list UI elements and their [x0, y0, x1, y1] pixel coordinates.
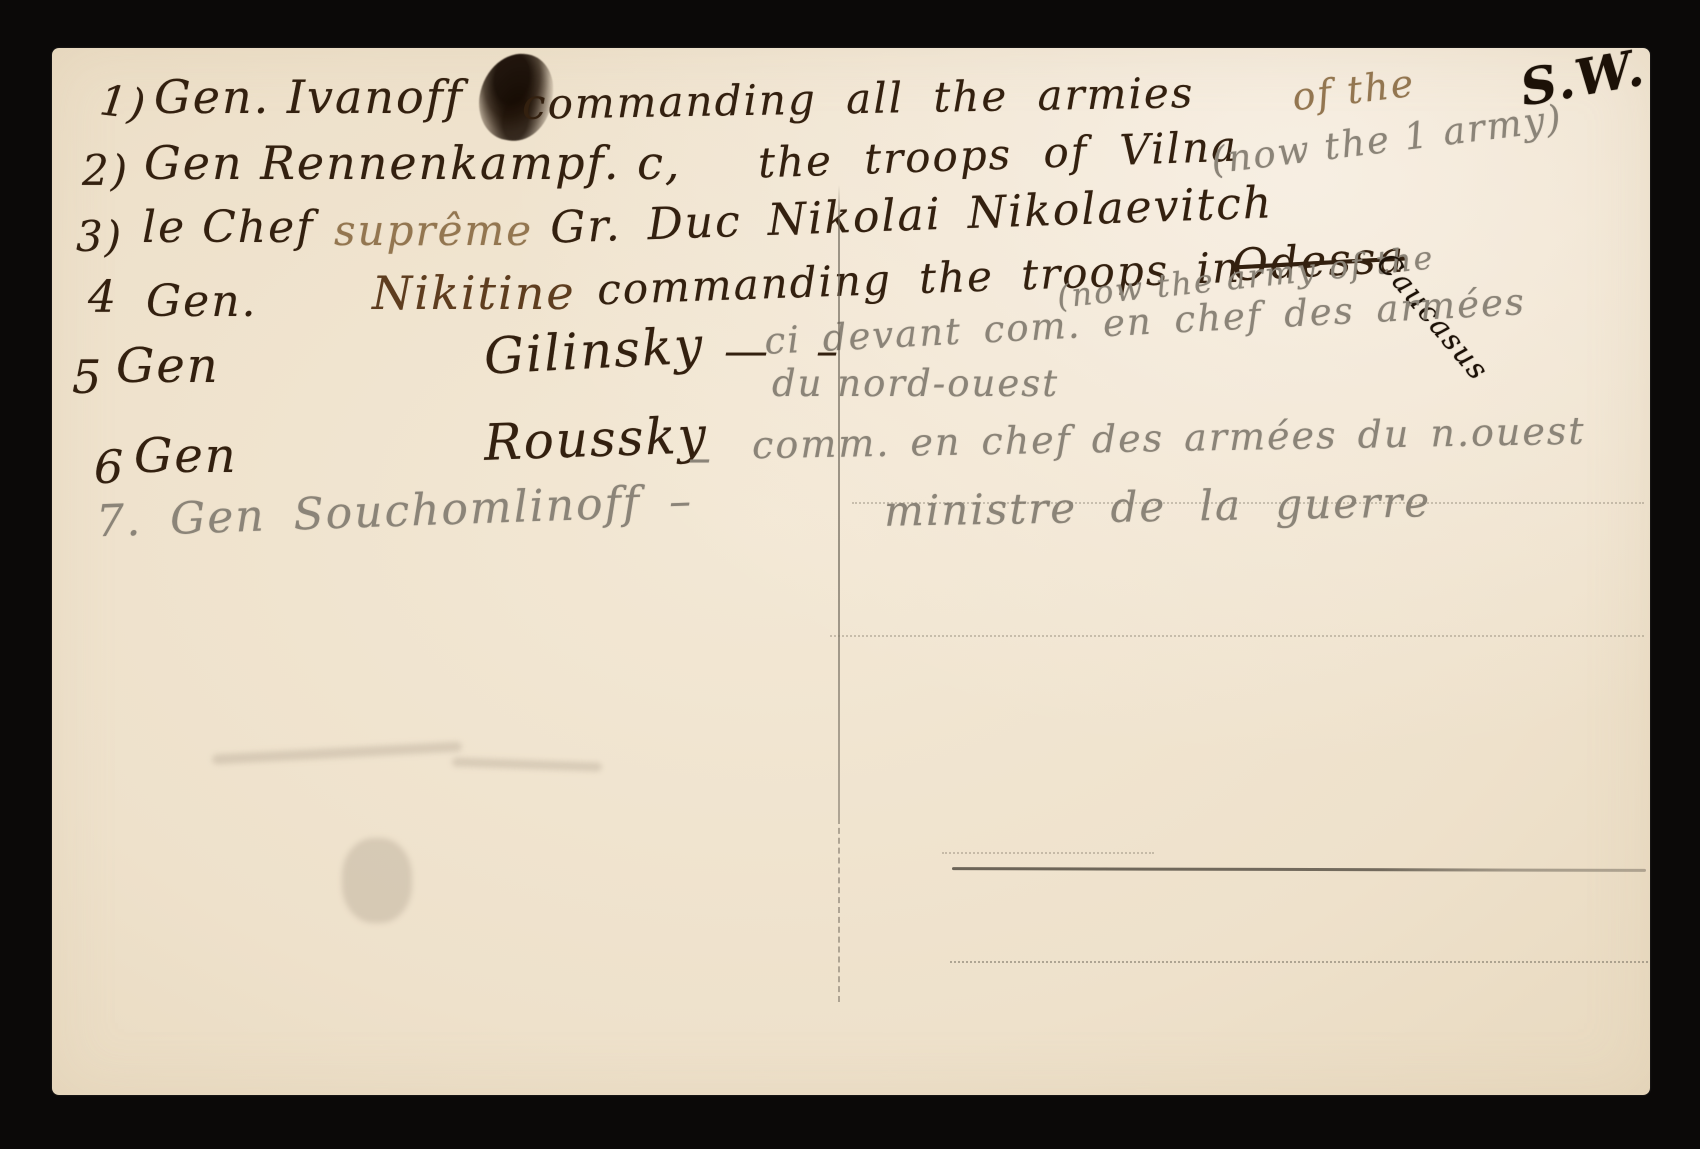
entry-1-text: commanding all the armies	[522, 68, 1195, 129]
entry-3-faded-word: suprême	[334, 206, 533, 255]
postcard: 1) Gen. Ivanoff commanding all the armie…	[52, 48, 1650, 1095]
entry-4-rank: Gen.	[146, 276, 258, 327]
erased-pencil-mark-3	[342, 838, 412, 923]
address-line-3-pencil	[952, 867, 1646, 872]
entry-6-general: Roussky	[483, 406, 709, 472]
address-line-1	[852, 502, 1644, 504]
erased-pencil-mark-1	[212, 741, 462, 764]
entry-1-faded-note: of the	[1290, 61, 1418, 120]
entry-2-pencil-note: (now the 1 army)	[1209, 97, 1565, 183]
erased-pencil-mark-2	[452, 757, 602, 771]
entry-4-number: 4	[88, 272, 118, 323]
entry-1-number: 1)	[97, 75, 150, 129]
entry-4-general: Nikitine	[372, 266, 576, 320]
entry-5-number: 5	[72, 350, 103, 404]
entry-2-number: 2)	[82, 146, 129, 195]
entry-1-general: Gen. Ivanoff	[154, 70, 464, 124]
entry-5-pencil-line-2: du nord-ouest	[772, 362, 1059, 405]
entry-5-rank: Gen	[116, 338, 220, 394]
entry-5-general: Gilinsky	[483, 316, 706, 385]
entry-3-number: 3)	[76, 212, 123, 261]
entry-2-general: Gen Rennenkampf. c,	[144, 136, 682, 190]
entry-3-title: le Chef	[142, 202, 314, 253]
address-line-3-short	[942, 852, 1154, 854]
divider-line	[838, 185, 840, 818]
divider-line-dashed	[838, 818, 840, 1002]
entry-7-pencil-entry: 7. Gen Souchomlinoff –	[95, 476, 694, 548]
entry-7-pencil-title: ministre de la guerre	[884, 477, 1432, 536]
address-line-2	[830, 635, 1644, 637]
photo-stage: 1) Gen. Ivanoff commanding all the armie…	[0, 0, 1700, 1149]
entry-6-pencil-note: comm. en chef des armées du n.ouest	[752, 409, 1586, 468]
entry-6-rank: Gen	[134, 428, 238, 484]
entry-6-number: 6	[94, 440, 125, 494]
entry-2-text: the troops of Vilna	[757, 122, 1239, 188]
address-line-4	[950, 961, 1648, 963]
